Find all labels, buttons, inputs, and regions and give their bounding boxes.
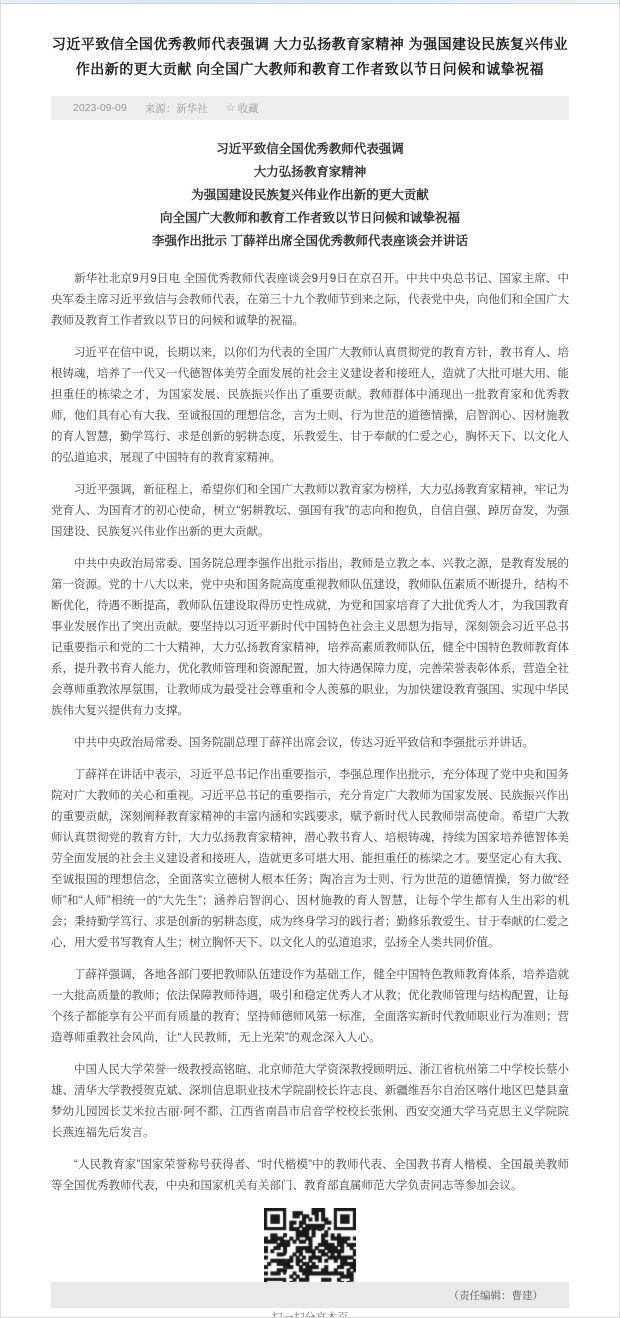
- article-paragraph: 中共中央政治局常委、国务院总理李强作出批示指出，教师是立教之本、兴教之源，是教育…: [51, 554, 569, 722]
- article-paragraph: 中国人民大学荣誉一级教授高铭暄、北京师范大学资深教授顾明远、浙江省杭州第二中学校…: [51, 1060, 569, 1144]
- browser-edge-strip: [1, 0, 619, 4]
- subtitle-line: 为强国建设民族复兴伟业作出新的更大贡献: [51, 184, 569, 207]
- article-paragraph: 中共中央政治局常委、国务院副总理丁薛祥出席会议，传达习近平致信和李强批示并讲话。: [51, 733, 569, 754]
- meta-bar: 2023-09-09 来源：新华社 ☆ 收藏: [51, 96, 569, 120]
- article-paragraph: 丁薛祥强调，各地各部门要把教师队伍建设作为基础工作，健全中国特色教师教育体系，培…: [51, 965, 569, 1049]
- article-paragraph: 习近平强调，新征程上，希望你们和全国广大教师以教育家为榜样，大力弘扬教育家精神，…: [51, 480, 569, 543]
- footer-bar: （责任编辑：曹建）: [51, 1282, 569, 1308]
- subtitle-line: 大力弘扬教育家精神: [51, 161, 569, 184]
- article-paragraph: 习近平在信中说，长期以来，以你们为代表的全国广大教师认真贯彻党的教育方针，教书育…: [51, 343, 569, 469]
- favorite-star-icon: ☆: [226, 103, 236, 114]
- subtitle-line: 习近平致信全国优秀教师代表强调: [51, 138, 569, 161]
- article-subtitle-block: 习近平致信全国优秀教师代表强调大力弘扬教育家精神为强国建设民族复兴伟业作出新的更…: [51, 138, 569, 253]
- article-paragraph: “人民教育家”国家荣誉称号获得者、“时代楷模”中的教师代表、全国教书育人楷模、全…: [51, 1155, 569, 1197]
- editor-credit: （责任编辑：曹建）: [449, 1288, 544, 1303]
- article-body: 新华社北京9月9日电 全国优秀教师代表座谈会9月9日在京召开。中共中央总书记、国…: [51, 269, 569, 1197]
- source-label: 来源：新华社: [145, 101, 208, 116]
- article-content: 习近平致信全国优秀教师代表强调 大力弘扬教育家精神 为强国建设民族复兴伟业作出新…: [1, 32, 619, 1318]
- favorite-label: 收藏: [238, 101, 259, 116]
- favorite-button[interactable]: ☆ 收藏: [226, 101, 259, 116]
- subtitle-line: 向全国广大教师和教育工作者致以节日问候和诚挚祝福: [51, 207, 569, 230]
- qr-caption: 扫一扫分享本页: [51, 1309, 569, 1318]
- article-paragraph: 新华社北京9月9日电 全国优秀教师代表座谈会9月9日在京召开。中共中央总书记、国…: [51, 269, 569, 332]
- article-title: 习近平致信全国优秀教师代表强调 大力弘扬教育家精神 为强国建设民族复兴伟业作出新…: [51, 32, 569, 82]
- article-page: 习近平致信全国优秀教师代表强调 大力弘扬教育家精神 为强国建设民族复兴伟业作出新…: [0, 0, 620, 1318]
- publish-date: 2023-09-09: [73, 102, 127, 114]
- subtitle-line: 李强作出批示 丁薛祥出席全国优秀教师代表座谈会并讲话: [51, 230, 569, 253]
- article-paragraph: 丁薛祥在讲话中表示，习近平总书记作出重要指示，李强总理作出批示，充分体现了党中央…: [51, 765, 569, 954]
